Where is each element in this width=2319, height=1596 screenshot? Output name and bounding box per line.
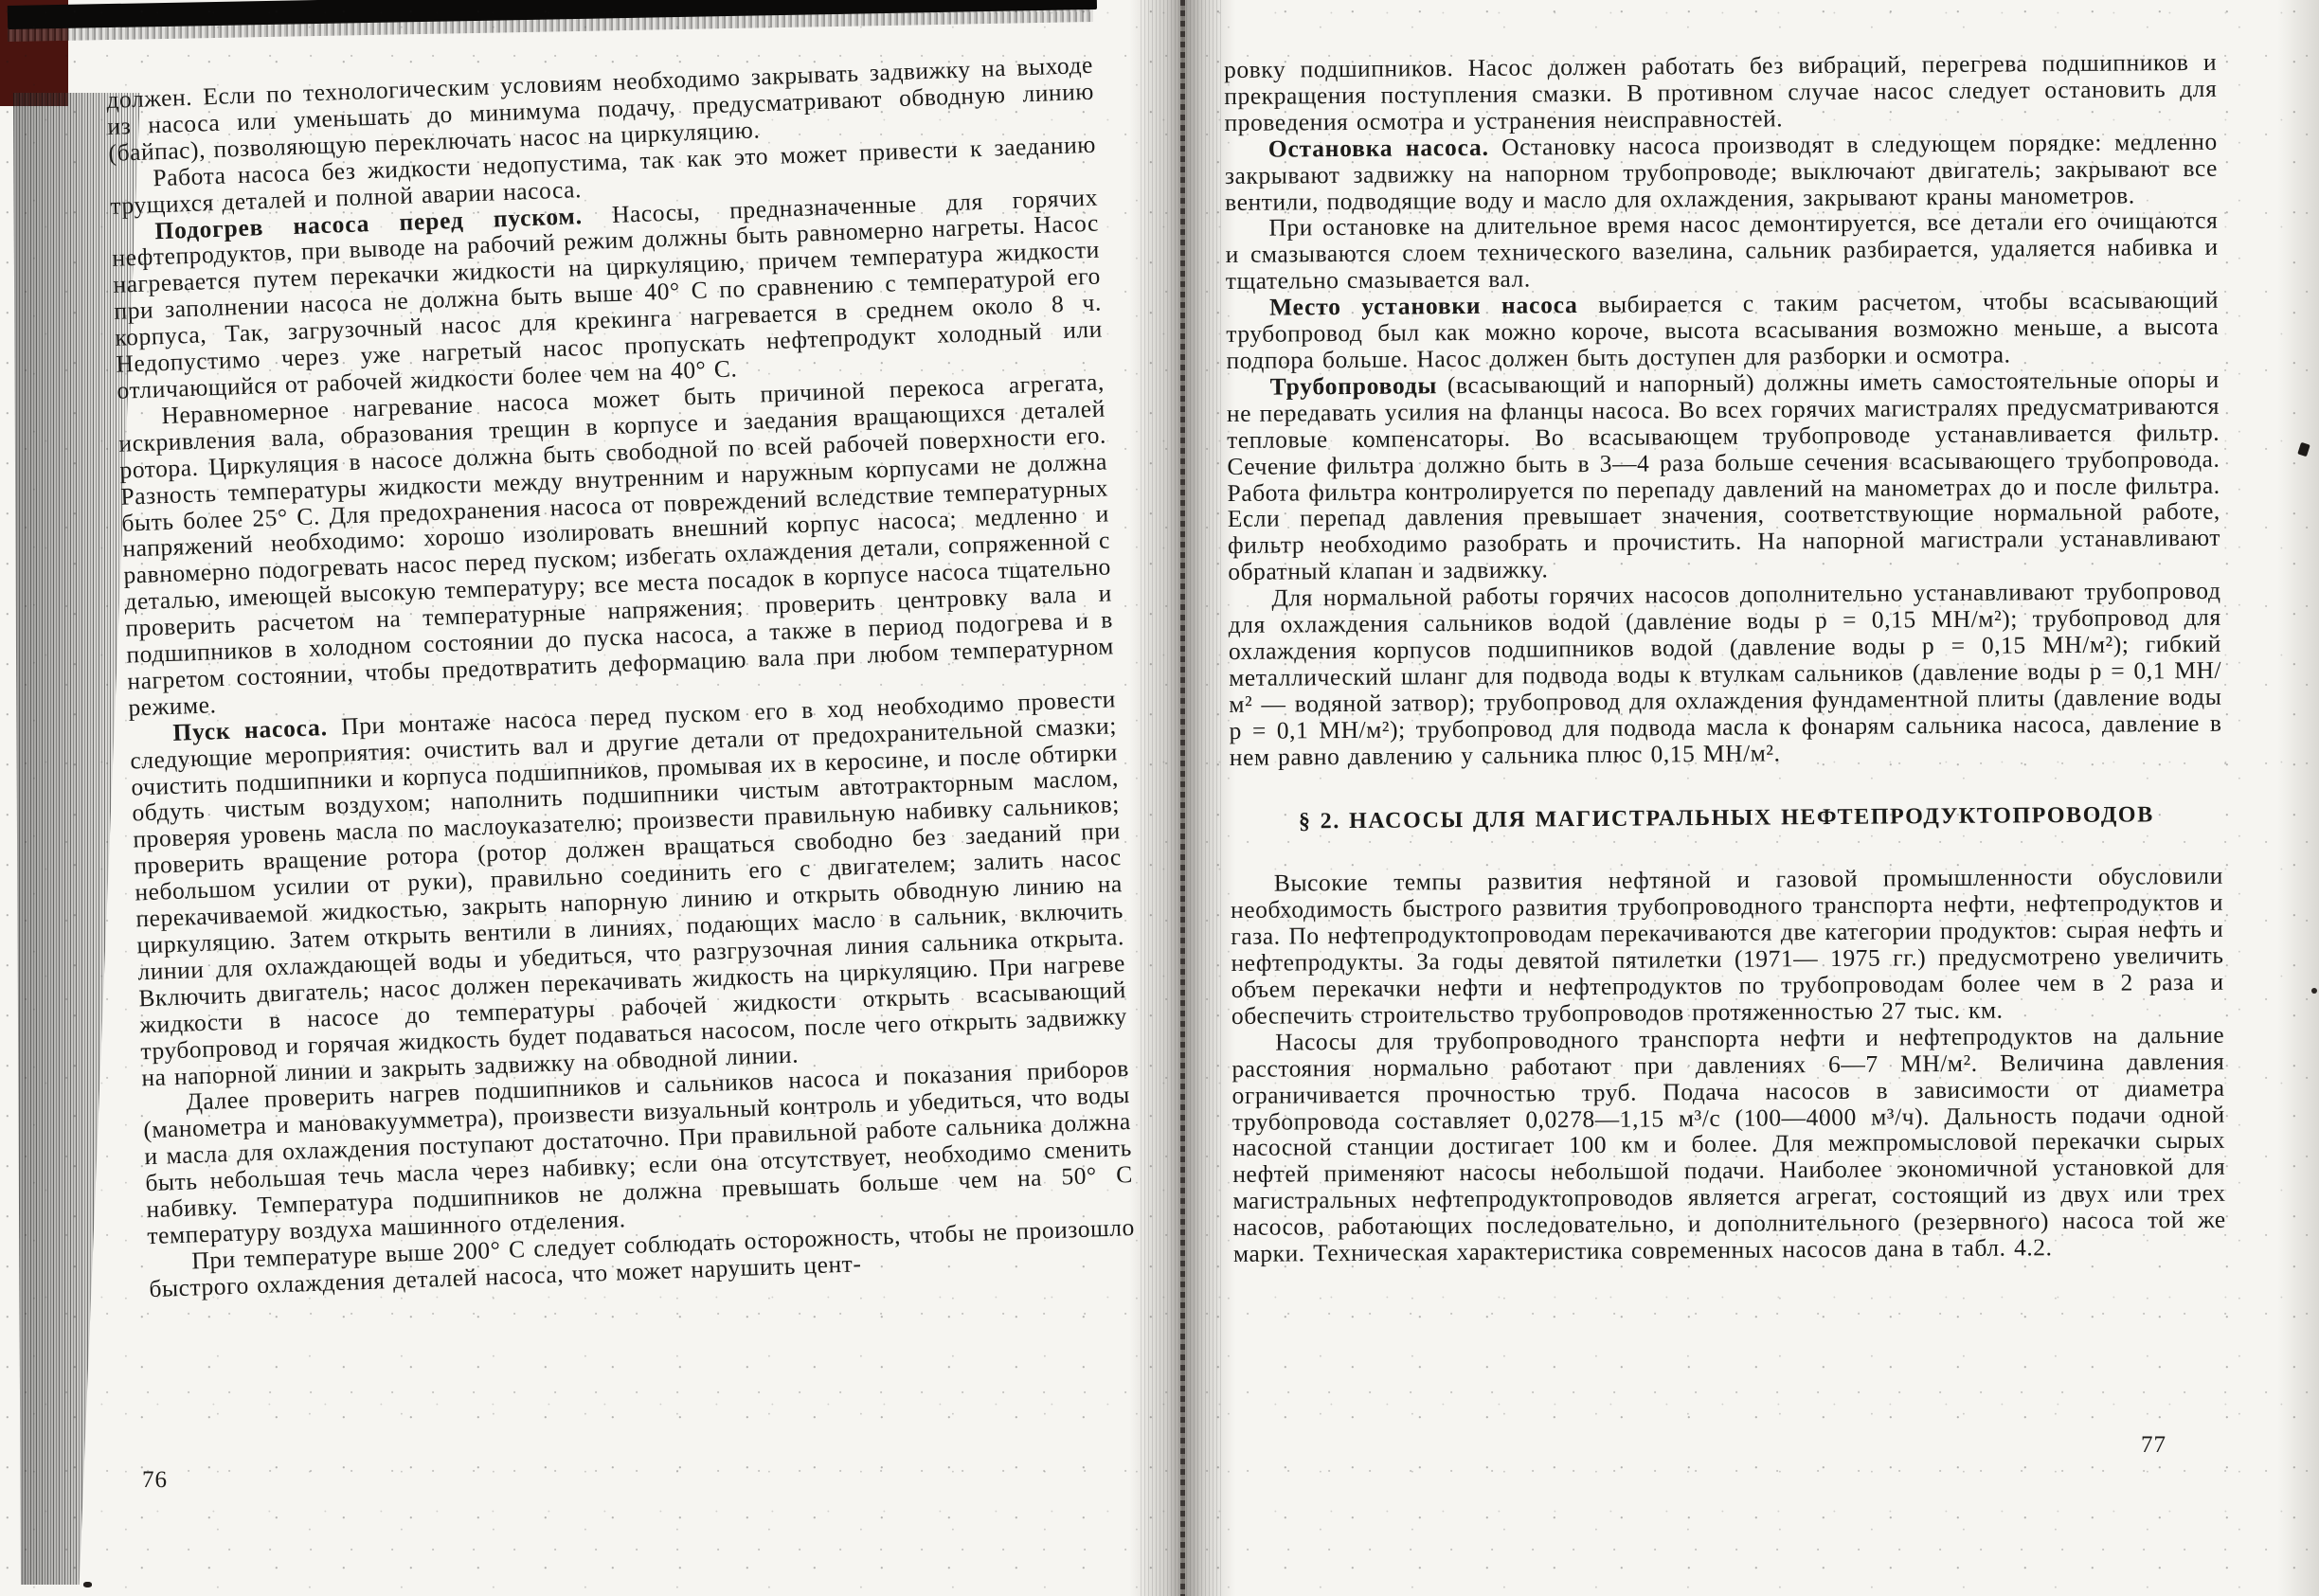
page-number-left: 76 [142,1467,168,1494]
paragraph: Для нормальной работы горячих насосов до… [1228,578,2222,771]
right-page-text-top: ровку подшипников. Насос должен работать… [1224,49,2222,771]
paragraph: Место установки насоса выбирается с таки… [1226,287,2220,374]
paragraph-lead: Пуск насоса. [172,712,342,745]
paragraph: Остановка насоса. Остановку насоса произ… [1225,128,2219,215]
paragraph: Неравномерное нагревание насоса может бы… [117,368,1115,721]
paragraph-lead: Остановка насоса. [1268,133,1502,162]
left-page-text: должен. Если по технологическим условиям… [106,52,1136,1302]
section-heading: § 2. НАСОСЫ ДЛЯ МАГИСТРАЛЬНЫХ НЕФТЕПРОДУ… [1239,802,2213,836]
book-spine-core-line [1180,0,1185,1596]
scan-speck [2311,988,2317,994]
paragraph: Подогрев насоса перед пуском. Насосы, пр… [111,184,1104,403]
book-scan: должен. Если по технологическим условиям… [0,0,2319,1596]
right-edge-shadow [2277,0,2319,1596]
right-page: ровку подшипников. Насос должен работать… [1224,49,2226,1267]
paragraph: ровку подшипников. Насос должен работать… [1224,49,2218,136]
paragraph: Насосы для трубопроводного транспорта не… [1231,1022,2226,1267]
paragraph: Трубопроводы (всасывающий и напорный) до… [1227,367,2221,585]
paragraph: При остановке на длительное время насос … [1225,207,2219,295]
paragraph: Высокие темпы развития нефтяной и газово… [1231,863,2224,1030]
page-number-right: 77 [2141,1432,2166,1459]
paragraph-lead: Место установки насоса [1269,291,1598,321]
right-page-text-bottom: Высокие темпы развития нефтяной и газово… [1231,863,2226,1267]
scan-speck [83,1582,92,1587]
paragraph: Пуск насоса. При монтаже насоса перед пу… [129,686,1128,1091]
paragraph-lead: Трубопроводы [1270,371,1447,400]
